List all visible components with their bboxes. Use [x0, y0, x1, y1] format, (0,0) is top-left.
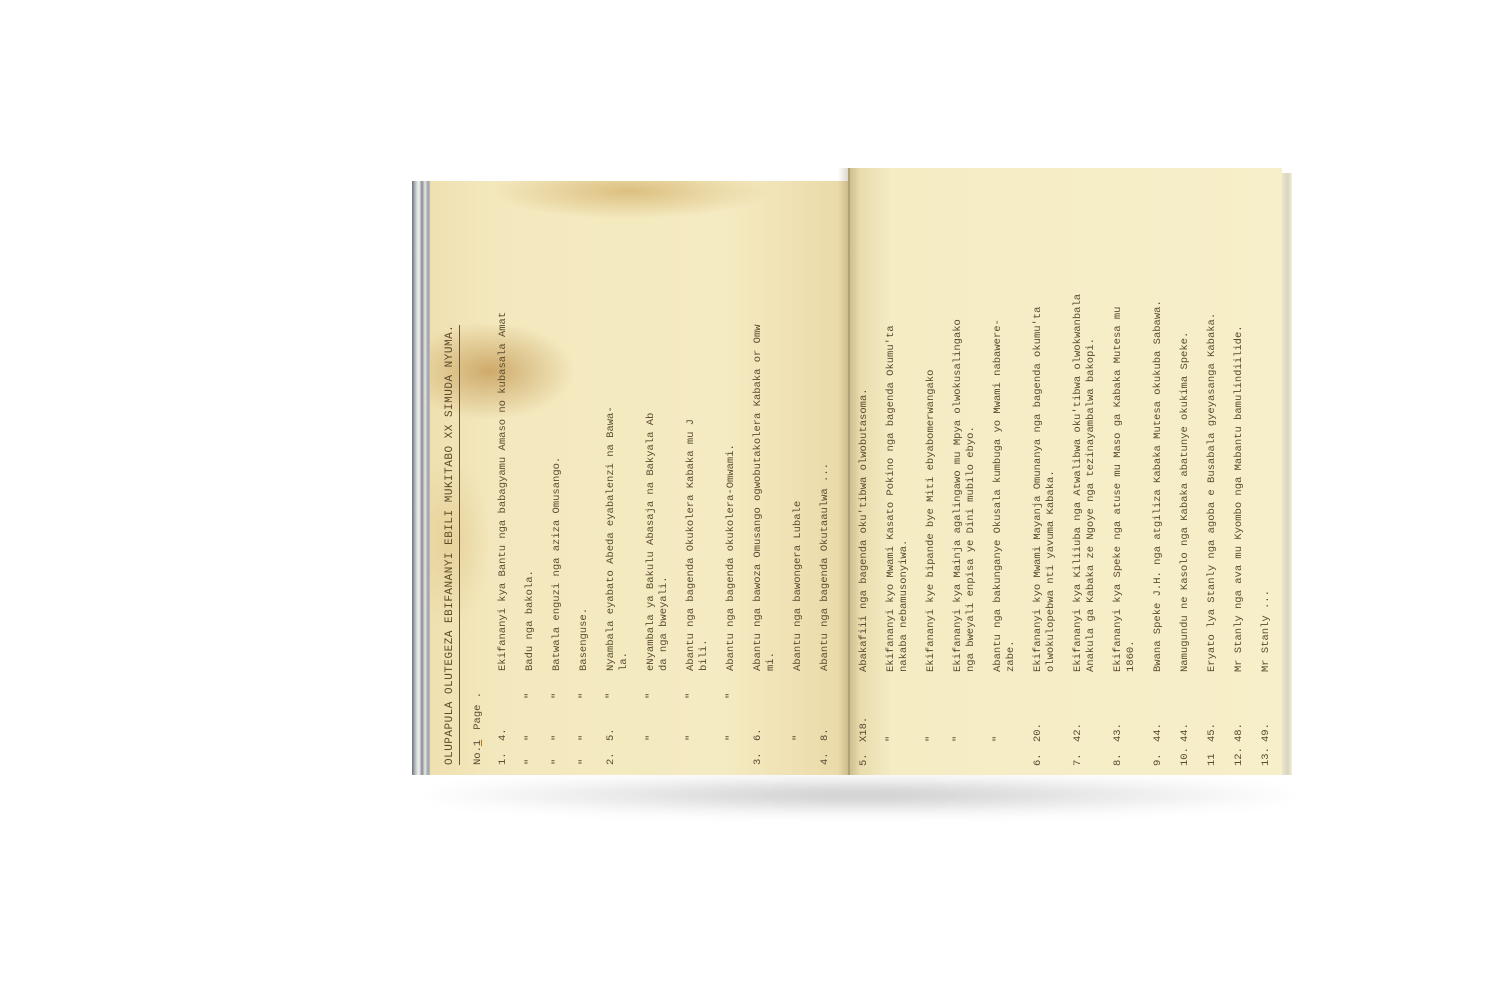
entry-number: 11	[1206, 742, 1219, 766]
entry-page: "	[992, 700, 1018, 742]
left-page-content: OLUPAPULA OLUTEGEZA EBIFANANYI EBILI MUK…	[444, 185, 846, 765]
entry-ditto	[819, 671, 832, 699]
entry-page: "	[524, 699, 537, 741]
left-entry-list: 1.4.Ekifananyi kya Bantu nga babagyamu A…	[497, 185, 832, 765]
book-shadow	[430, 775, 1290, 815]
entry-page: "	[952, 700, 978, 742]
entry-text: Mr Stanly nga ava mu Kyombo nga Mabantu …	[1233, 325, 1246, 672]
entry-page: 5.	[605, 699, 631, 741]
entry-page: 43.	[1112, 700, 1138, 742]
entry-ditto	[1112, 672, 1138, 700]
index-entry: 1145.Eryato lya Stanly nga agoba e Busab…	[1206, 171, 1219, 766]
entry-number	[992, 742, 1018, 766]
right-page: 5.X18.Abakafiii nga bagenda oku'tibwa ol…	[848, 168, 1282, 775]
entry-number: 13.	[1260, 742, 1273, 766]
index-entry: " Ekifananyi kye bipande bye Miti ebyabo…	[925, 171, 938, 766]
entry-ditto	[752, 671, 778, 699]
entry-text: Namugundu ne Kasolo nga Kabaka abatunye …	[1179, 332, 1192, 672]
entry-text: Basenguse.	[578, 608, 591, 671]
entry-page: 42.	[1072, 700, 1098, 742]
entry-text: Ekifananyi kya Speke nga atuse mu Maso g…	[1112, 307, 1138, 672]
col-no-label: No.1	[472, 740, 485, 765]
right-entry-list: 5.X18.Abakafiii nga bagenda oku'tibwa ol…	[858, 171, 1273, 766]
entry-ditto: "	[645, 671, 671, 699]
entry-text: Ekifananyi kyo Mwami Mayanja Omunanya ng…	[1032, 307, 1058, 672]
index-entry: " Abantu nga bakunganye Okusala kumbuga …	[992, 171, 1018, 766]
entry-number	[952, 742, 978, 766]
entry-text: Ekifananyi kya Mainja agalingawo mu Mpya…	[952, 319, 978, 672]
index-entry: 6.20.Ekifananyi kyo Mwami Mayanja Omunan…	[1032, 171, 1058, 766]
index-entry: 2.5."Nyambala eyabato Abeda eyabalenzi n…	[605, 185, 631, 765]
entry-page: 44.	[1179, 700, 1192, 742]
index-entry: " Ekifananyi kyo Mwami Kasato Pokino nga…	[885, 171, 911, 766]
index-entry: 1.4.Ekifananyi kya Bantu nga babagyamu A…	[497, 185, 510, 765]
entry-ditto	[497, 671, 510, 699]
entry-number: 5.	[858, 742, 871, 766]
entry-ditto	[992, 672, 1018, 700]
entry-text: Ekifananyi kye bipande bye Miti ebyabome…	[925, 370, 938, 672]
entry-page: "	[551, 699, 564, 741]
entry-page: 49.	[1260, 700, 1273, 742]
entry-page: "	[925, 700, 938, 742]
entry-page: 6.	[752, 699, 778, 741]
entry-ditto	[1032, 672, 1058, 700]
index-entry: ""eNyambala ya Bakulu Abasaja na Bakyala…	[645, 185, 671, 765]
entry-number: 8.	[1112, 742, 1138, 766]
entry-text: eNyambala ya Bakulu Abasaja na Bakyala A…	[645, 413, 671, 671]
entry-number: "	[578, 741, 591, 765]
entry-ditto	[792, 671, 805, 699]
entry-number: "	[524, 741, 537, 765]
index-entry: " Ekifananyi kya Mainja agalingawo mu Mp…	[952, 171, 978, 766]
entry-text: Nyambala eyabato Abeda eyabalenzi na Baw…	[605, 406, 631, 671]
page-stack-edge-left	[412, 181, 432, 775]
entry-number: 4.	[819, 741, 832, 765]
entry-ditto: "	[578, 671, 591, 699]
entry-ditto: "	[524, 671, 537, 699]
index-entry: 13.49.Mr Stanly ...	[1260, 171, 1273, 766]
entry-number: 3.	[752, 741, 778, 765]
entry-page: 4.	[497, 699, 510, 741]
index-entry: """Basenguse.	[578, 185, 591, 765]
entry-page: "	[685, 699, 711, 741]
index-entry: 4.8.Abantu nga bagenda Okutaaulwa ...	[819, 185, 832, 765]
entry-page: "	[885, 700, 911, 742]
entry-number: 9.	[1152, 742, 1165, 766]
entry-page: 44.	[1152, 700, 1165, 742]
entry-text: Mr Stanly ...	[1260, 590, 1273, 672]
index-entry: 10.44.Namugundu ne Kasolo nga Kabaka aba…	[1179, 171, 1192, 766]
entry-text: Ekifananyi kya Kiliiuba nga Atwalibwa ok…	[1072, 294, 1098, 672]
entry-ditto: "	[605, 671, 631, 699]
entry-ditto	[885, 672, 911, 700]
index-entry: "" Abantu nga bagenda okukolera-Omwami.	[725, 185, 738, 765]
entry-ditto	[1152, 672, 1165, 700]
column-header: No.1 Page .	[472, 185, 485, 765]
entry-page: "	[578, 699, 591, 741]
entry-ditto	[1260, 672, 1273, 700]
entry-text: Batwala enguzi nga aziza Omusango.	[551, 457, 564, 671]
entry-number: 1.	[497, 741, 510, 765]
entry-number	[925, 742, 938, 766]
entry-page: 20.	[1032, 700, 1058, 742]
open-book: OLUPAPULA OLUTEGEZA EBIFANANYI EBILI MUK…	[412, 163, 1292, 775]
entry-page: X18.	[858, 700, 871, 742]
entry-ditto	[1233, 672, 1246, 700]
entry-number: 6.	[1032, 742, 1058, 766]
entry-text: Abantu nga bawongera Lubale	[792, 501, 805, 671]
entry-page: 48.	[1233, 700, 1246, 742]
entry-text: Abantu nga bagenda Okutaaulwa ...	[819, 463, 832, 671]
index-entry: """Batwala enguzi nga aziza Omusango.	[551, 185, 564, 765]
index-heading: OLUPAPULA OLUTEGEZA EBIFANANYI EBILI MUK…	[444, 325, 460, 765]
entry-number	[725, 741, 738, 765]
entry-page: 45.	[1206, 700, 1219, 742]
entry-number: "	[551, 741, 564, 765]
entry-ditto	[925, 672, 938, 700]
entry-ditto: "	[685, 671, 711, 699]
entry-number: 10.	[1179, 742, 1192, 766]
entry-text: Eryato lya Stanly nga agoba e Busabala g…	[1206, 313, 1219, 672]
right-page-content: 5.X18.Abakafiii nga bagenda oku'tibwa ol…	[858, 171, 1282, 766]
entry-ditto: "	[725, 671, 738, 699]
index-entry: 8.43.Ekifananyi kya Speke nga atuse mu M…	[1112, 171, 1138, 766]
col-page-label: Page .	[472, 692, 485, 730]
entry-text: Badu nga bakola.	[524, 570, 537, 671]
entry-number	[792, 741, 805, 765]
entry-page: 8.	[819, 699, 832, 741]
index-entry: 5.X18.Abakafiii nga bagenda oku'tibwa ol…	[858, 171, 871, 766]
entry-page: "	[792, 699, 805, 741]
index-entry: """Badu nga bakola.	[524, 185, 537, 765]
entry-text: Abantu nga bagenda Okukolera Kabaka mu J…	[685, 419, 711, 671]
entry-text: Ekifananyi kya Bantu nga babagyamu Amaso…	[497, 312, 510, 671]
entry-ditto: "	[551, 671, 564, 699]
entry-text: Bwana Speke J.H. nga atgiliza Kabaka Mut…	[1152, 300, 1165, 672]
entry-number: 7.	[1072, 742, 1098, 766]
entry-page: "	[725, 699, 738, 741]
entry-text: Ekifananyi kyo Mwami Kasato Pokino nga b…	[885, 325, 911, 672]
index-entry: 7.42.Ekifananyi kya Kiliiuba nga Atwalib…	[1072, 171, 1098, 766]
index-entry: 3.6.Abantu nga bawoza Omusango ogwobutak…	[752, 185, 778, 765]
entry-page: "	[645, 699, 671, 741]
index-entry: "" Abantu nga bagenda Okukolera Kabaka m…	[685, 185, 711, 765]
entry-ditto	[1072, 672, 1098, 700]
entry-ditto	[952, 672, 978, 700]
entry-number	[885, 742, 911, 766]
entry-number	[685, 741, 711, 765]
entry-text: Abantu nga bawoza Omusango ogwobutakoler…	[752, 324, 778, 671]
page-stack-edge-right	[1282, 173, 1292, 775]
entry-ditto	[1206, 672, 1219, 700]
entry-ditto	[858, 672, 871, 700]
entry-text: Abantu nga bakunganye Okusala kumbuga yo…	[992, 319, 1018, 672]
entry-text: Abakafiii nga bagenda oku'tibwa olwobuta…	[858, 388, 871, 672]
entry-number	[645, 741, 671, 765]
left-page: OLUPAPULA OLUTEGEZA EBIFANANYI EBILI MUK…	[430, 181, 848, 775]
index-entry: 12.48.Mr Stanly nga ava mu Kyombo nga Ma…	[1233, 171, 1246, 766]
index-entry: " Abantu nga bawongera Lubale	[792, 185, 805, 765]
entry-number: 2.	[605, 741, 631, 765]
entry-number: 12.	[1233, 742, 1246, 766]
entry-text: Abantu nga bagenda okukolera-Omwami.	[725, 444, 738, 671]
entry-ditto	[1179, 672, 1192, 700]
index-entry: 9.44.Bwana Speke J.H. nga atgiliza Kabak…	[1152, 171, 1165, 766]
